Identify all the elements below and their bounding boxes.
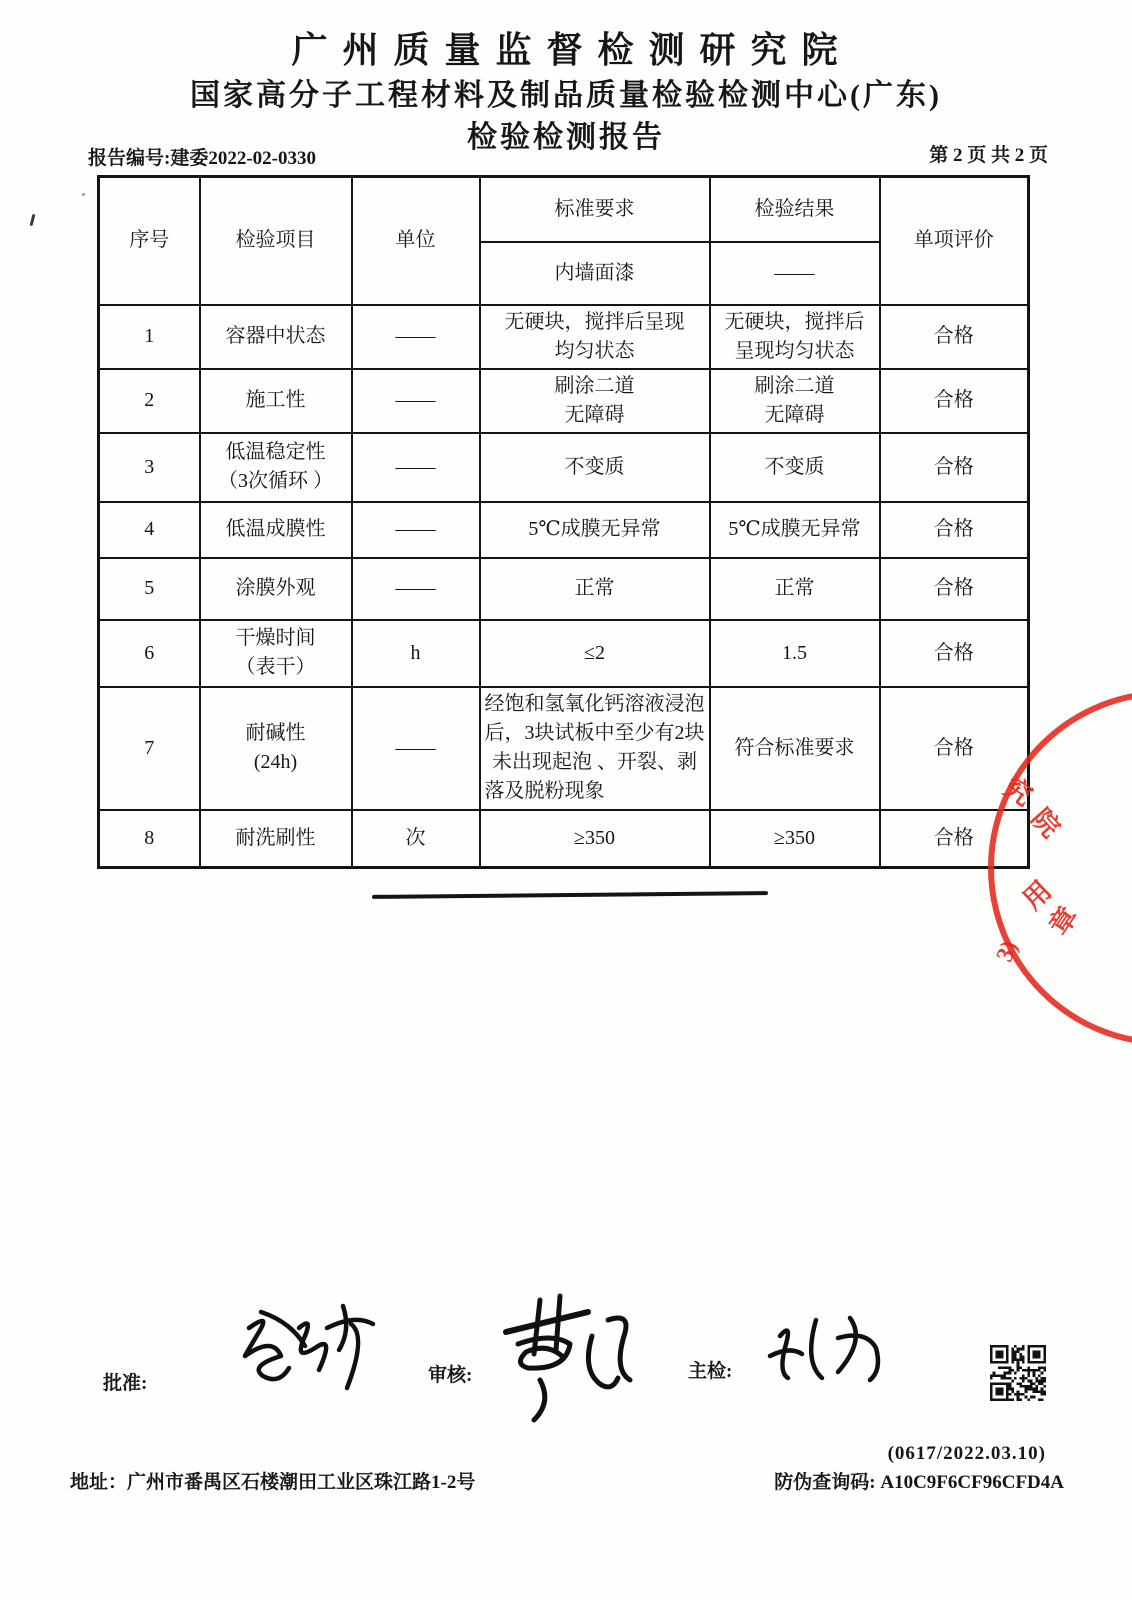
qr-code	[990, 1345, 1046, 1401]
cell-verdict: 合格	[880, 502, 1029, 558]
cell-verdict: 合格	[880, 305, 1029, 369]
cell-verdict: 合格	[880, 558, 1029, 620]
table-row: 8 耐洗刷性 次 ≥350 ≥350 合格	[99, 810, 1029, 868]
col-header-result: 检验结果	[710, 177, 880, 242]
cell-item: 容器中状态	[200, 305, 352, 369]
cell-no: 7	[99, 687, 200, 810]
table-row: 5 涂膜外观 —— 正常 正常 合格	[99, 558, 1029, 620]
col-header-item: 检验项目	[200, 177, 352, 305]
cell-item: 低温成膜性	[200, 502, 352, 558]
scan-speck	[82, 193, 85, 196]
cell-standard: 不变质	[480, 433, 710, 502]
cell-item: 干燥时间 （表干）	[200, 620, 352, 687]
report-page: 广 州 质 量 监 督 检 测 研 究 院 国家高分子工程材料及制品质量检验检测…	[0, 0, 1132, 1600]
col-header-standard: 标准要求	[480, 177, 710, 242]
review-label: 审核:	[428, 1360, 472, 1387]
scan-speck	[30, 214, 36, 226]
cell-item: 耐洗刷性	[200, 810, 352, 868]
address-line: 地址：广州市番禺区石楼潮田工业区珠江路1-2号	[70, 1467, 475, 1494]
approve-label: 批准:	[103, 1368, 147, 1395]
table-row: 3 低温稳定性 （3次循环 ） —— 不变质 不变质 合格	[99, 433, 1029, 502]
cell-no: 1	[99, 305, 200, 369]
cell-no: 8	[99, 810, 200, 868]
cell-unit: ——	[352, 433, 480, 502]
approver-signature	[215, 1298, 400, 1408]
cell-standard: 刷涂二道 无障碍	[480, 369, 710, 433]
col-header-no: 序号	[99, 177, 200, 305]
cell-item: 低温稳定性 （3次循环 ）	[200, 433, 352, 502]
table-header-row: 序号 检验项目 单位 标准要求 检验结果 单项评价	[99, 177, 1029, 242]
cell-unit: ——	[352, 502, 480, 558]
subheader-result: ——	[710, 242, 880, 305]
table-row: 6 干燥时间 （表干） h ≤2 1.5 合格	[99, 620, 1029, 687]
cell-result: 5℃成膜无异常	[710, 502, 880, 558]
cell-verdict: 合格	[880, 433, 1029, 502]
cell-item: 涂膜外观	[200, 558, 352, 620]
cell-result: ≥350	[710, 810, 880, 868]
anti-fake-code: 防伪查询码: A10C9F6CF96CFD4A	[774, 1467, 1064, 1494]
date-code: (0617/2022.03.10)	[888, 1443, 1046, 1465]
cell-verdict: 合格	[880, 620, 1029, 687]
cell-result: 1.5	[710, 620, 880, 687]
cell-standard: ≤2	[480, 620, 710, 687]
cell-result: 符合标准要求	[710, 687, 880, 810]
cell-standard: 正常	[480, 558, 710, 620]
cell-result: 无硬块，搅拌后 呈现均匀状态	[710, 305, 880, 369]
cell-unit: ——	[352, 558, 480, 620]
table-row: 7 耐碱性 (24h) —— 经饱和氢氧化钙溶液浸泡后，3块试板中至少有2块未出…	[99, 687, 1029, 810]
cell-no: 3	[99, 433, 200, 502]
cell-no: 4	[99, 502, 200, 558]
table-row: 2 施工性 —— 刷涂二道 无障碍 刷涂二道 无障碍 合格	[99, 369, 1029, 433]
cell-standard: 5℃成膜无异常	[480, 502, 710, 558]
inspect-label: 主检:	[688, 1356, 732, 1383]
cell-standard: 经饱和氢氧化钙溶液浸泡后，3块试板中至少有2块未出现起泡 、开裂、剥落及脱粉现象	[480, 687, 710, 810]
cell-no: 6	[99, 620, 200, 687]
cell-standard: ≥350	[480, 810, 710, 868]
cell-no: 2	[99, 369, 200, 433]
cell-unit: ——	[352, 305, 480, 369]
cell-verdict: 合格	[880, 369, 1029, 433]
cell-item: 耐碱性 (24h)	[200, 687, 352, 810]
cell-result: 刷涂二道 无障碍	[710, 369, 880, 433]
subheader-standard: 内墙面漆	[480, 242, 710, 305]
cell-unit: ——	[352, 369, 480, 433]
center-title: 国家高分子工程材料及制品质量检验检测中心(广东)	[0, 70, 1132, 114]
cell-unit: 次	[352, 810, 480, 868]
cell-unit: h	[352, 620, 480, 687]
reviewer-signature	[488, 1292, 653, 1432]
cell-item: 施工性	[200, 369, 352, 433]
results-table: 序号 检验项目 单位 标准要求 检验结果 单项评价 内墙面漆 —— 1 容器中状…	[97, 175, 1030, 869]
report-number: 报告编号:建委2022-02-0330	[88, 143, 316, 170]
table-row: 1 容器中状态 —— 无硬块，搅拌后呈现 均匀状态 无硬块，搅拌后 呈现均匀状态…	[99, 305, 1029, 369]
cell-no: 5	[99, 558, 200, 620]
org-title: 广 州 质 量 监 督 检 测 研 究 院	[0, 22, 1132, 73]
table-row: 4 低温成膜性 —— 5℃成膜无异常 5℃成膜无异常 合格	[99, 502, 1029, 558]
cell-result: 正常	[710, 558, 880, 620]
cell-result: 不变质	[710, 433, 880, 502]
col-header-evaluation: 单项评价	[880, 177, 1029, 305]
end-of-data-rule	[372, 891, 768, 899]
col-header-unit: 单位	[352, 177, 480, 305]
cell-standard: 无硬块，搅拌后呈现 均匀状态	[480, 305, 710, 369]
inspector-signature	[752, 1308, 892, 1398]
cell-unit: ——	[352, 687, 480, 810]
page-indicator: 第 2 页 共 2 页	[929, 140, 1048, 167]
